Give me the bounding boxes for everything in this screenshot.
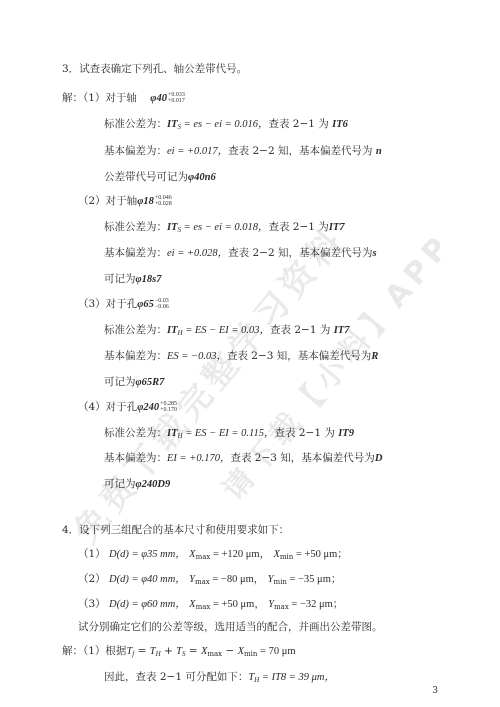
part-2-result: 可记为φ18s7 xyxy=(104,272,161,287)
question-4-title: 4．设下列三组配合的基本尺寸和使用要求如下： xyxy=(62,523,289,537)
minus: − xyxy=(222,645,237,657)
lookup: 查表 2−1 为 xyxy=(275,427,335,439)
label: 公差带代号可记为 xyxy=(104,171,188,183)
part-2-std-tolerance: 标准公差为：ITS = es − ei = 0.018，查表 2−1 为IT7 xyxy=(104,220,345,237)
question-3-title: 3．试查表确定下列孔、轴公差带代号。 xyxy=(62,62,247,76)
plus: + xyxy=(161,645,176,657)
dimension: D(d) = φ40 mm， xyxy=(109,574,186,585)
code: n xyxy=(376,146,382,157)
part-3-result: 可记为φ65R7 xyxy=(104,375,164,390)
expr-rest: = ES − EI = 0.03， xyxy=(183,325,270,336)
label: 基本偏差为： xyxy=(104,350,167,362)
grade: IT9 xyxy=(338,428,354,439)
label: 基本偏差为： xyxy=(104,247,167,259)
expr: IT xyxy=(167,222,178,233)
lookup: 查表 2−1 为 xyxy=(268,118,328,130)
part-4-base: φ240 xyxy=(137,402,159,413)
part-1-tolerance: +0.033+0.017 xyxy=(168,92,185,105)
part-4-prefix: （4）对于孔 xyxy=(78,401,137,413)
expr-rest: = IT8 = 39 μm， xyxy=(259,672,335,683)
symbol-a-sub: max xyxy=(196,553,211,561)
document-page: 免费下载完整学习资料 请下载【小料】APP 3．试查表确定下列孔、轴公差带代号。… xyxy=(0,0,500,707)
grade: IT7 xyxy=(334,325,350,336)
part-4-result: 可记为φ240D9 xyxy=(104,477,170,492)
label: 标准公差为： xyxy=(104,324,167,336)
part-3-tolerance: −0.03−0.06 xyxy=(155,298,169,311)
label: 基本偏差为： xyxy=(104,145,167,157)
x2-sub: min xyxy=(244,650,257,658)
part-2-base: φ18 xyxy=(137,196,154,207)
part-3-prefix: （3）对于孔 xyxy=(78,298,137,310)
label: 标准公差为： xyxy=(104,118,167,130)
page-number: 3 xyxy=(432,686,438,696)
part-4-tolerance: +0.285+0.170 xyxy=(160,401,177,414)
value-a: = −80 μm， xyxy=(210,574,265,585)
label: 可记为 xyxy=(104,273,136,285)
part-2-tolerance: +0.046+0.028 xyxy=(155,195,172,208)
eq: = xyxy=(134,645,149,657)
lookup: 查表 2−2 知，基本偏差代号为 xyxy=(228,145,372,157)
expr: IT xyxy=(167,428,178,439)
symbol-a-sub: max xyxy=(195,578,210,586)
result: = 70 μm xyxy=(257,646,295,657)
part-4-deviation: 基本偏差为：EI = +0.170，查表 2−3 知，基本偏差代号为D xyxy=(104,451,382,466)
part-3-header: （3）对于孔φ65−0.03−0.06 xyxy=(78,297,169,312)
dimension: D(d) = φ35 mm， xyxy=(109,549,186,560)
q4-solution-line-2: 因此，查表 2−1 可分配如下：TH = IT8 = 39 μm， xyxy=(104,670,335,687)
eq: = xyxy=(185,645,200,657)
expr-rest: = es − ei = 0.016， xyxy=(181,119,268,130)
expr: ei = +0.028， xyxy=(167,248,228,259)
symbol-a-sub: max xyxy=(196,603,211,611)
lookup: 查表 2−3 知，基本偏差代号为 xyxy=(227,350,371,362)
code: φ18s7 xyxy=(136,274,162,285)
value-b: = +50 μm； xyxy=(293,549,348,560)
dimension: D(d) = φ60 mm， xyxy=(109,599,186,610)
label: 标准公差为： xyxy=(104,221,167,233)
part-2-prefix: （2）对于轴 xyxy=(78,195,137,207)
x1-sub: max xyxy=(207,650,222,658)
expr: EI = +0.170， xyxy=(167,453,230,464)
prefix: 解：（1）根据 xyxy=(62,645,126,657)
part-1-std-tolerance: 标准公差为：ITS = es − ei = 0.016，查表 2−1 为 IT6 xyxy=(104,117,348,134)
value-a: = +120 μm， xyxy=(210,549,270,560)
symbol-b-sub: max xyxy=(274,603,289,611)
q4-item-1: （1） D(d) = φ35 mm， Xmax = +120 μm， Xmin … xyxy=(78,547,348,564)
expr-rest: = ES − EI = 0.115， xyxy=(183,428,275,439)
expr: IT xyxy=(167,325,178,336)
value-b: = −32 μm； xyxy=(289,599,344,610)
item-number: （3） xyxy=(78,598,106,610)
part-1-deviation: 基本偏差为：ei = +0.017，查表 2−2 知，基本偏差代号为 n xyxy=(104,144,382,159)
code: R xyxy=(371,351,378,362)
part-1-header: 解：（1）对于轴 φ40+0.033+0.017 xyxy=(62,91,185,106)
q4-solution-line-1: 解：（1）根据Tf = TH + TS = Xmax − Xmin = 70 μ… xyxy=(62,644,296,661)
q4-item-2: （2） D(d) = φ40 mm， Ymax = −80 μm， Ymin =… xyxy=(78,572,341,589)
value-a: = +50 μm， xyxy=(210,599,265,610)
item-number: （1） xyxy=(78,548,106,560)
part-3-deviation: 基本偏差为：ES = −0.03，查表 2−3 知，基本偏差代号为R xyxy=(104,349,378,364)
q4-task: 试分别确定它们的公差等级，选用适当的配合，并画出公差带图。 xyxy=(78,620,383,634)
part-3-std-tolerance: 标准公差为：ITH = ES − EI = 0.03，查表 2−1 为 IT7 xyxy=(104,323,349,340)
part-1-base: φ40 xyxy=(150,93,167,104)
part-1-prefix: 解：（1）对于轴 xyxy=(62,92,137,104)
label: 标准公差为： xyxy=(104,427,167,439)
code: φ240D9 xyxy=(136,479,171,490)
part-4-std-tolerance: 标准公差为：ITH = ES − EI = 0.115，查表 2−1 为 IT9 xyxy=(104,426,354,443)
part-2-header: （2）对于轴φ18+0.046+0.028 xyxy=(78,194,172,209)
part-4-header: （4）对于孔φ240+0.285+0.170 xyxy=(78,400,177,415)
code: s xyxy=(372,248,376,259)
q4-item-3: （3） D(d) = φ60 mm， Xmax = +50 μm， Ymax =… xyxy=(78,597,343,614)
expr: ei = +0.017， xyxy=(167,146,228,157)
expr: IT xyxy=(167,119,178,130)
expr-rest: = es − ei = 0.018， xyxy=(181,222,268,233)
lookup: 查表 2−2 知，基本偏差代号为 xyxy=(228,247,372,259)
label: 可记为 xyxy=(104,478,136,490)
symbol-b-sub: min xyxy=(273,578,286,586)
lower-deviation: +0.028 xyxy=(155,201,172,208)
code: φ65R7 xyxy=(136,377,165,388)
item-number: （2） xyxy=(78,573,106,585)
part-3-base: φ65 xyxy=(137,299,154,310)
lower-deviation: −0.06 xyxy=(155,304,169,311)
grade: IT7 xyxy=(329,222,345,233)
code: φ40n6 xyxy=(188,172,216,183)
lower-deviation: +0.170 xyxy=(160,407,177,414)
lower-deviation: +0.017 xyxy=(168,98,185,105)
label: 可记为 xyxy=(104,376,136,388)
lookup: 查表 2−1 为 xyxy=(268,221,328,233)
part-1-result: 公差带代号可记为φ40n6 xyxy=(104,170,216,185)
code: D xyxy=(375,453,383,464)
label: 因此，查表 2−1 可分配如下： xyxy=(104,671,248,683)
lookup: 查表 2−1 为 xyxy=(270,324,330,336)
value-b: = −35 μm； xyxy=(287,574,342,585)
label: 基本偏差为： xyxy=(104,452,167,464)
grade: IT6 xyxy=(332,119,348,130)
lookup: 查表 2−3 知，基本偏差代号为 xyxy=(230,452,374,464)
symbol-b-sub: min xyxy=(280,553,293,561)
expr: ES = −0.03， xyxy=(167,351,227,362)
part-2-deviation: 基本偏差为：ei = +0.028，查表 2−2 知，基本偏差代号为s xyxy=(104,246,377,261)
